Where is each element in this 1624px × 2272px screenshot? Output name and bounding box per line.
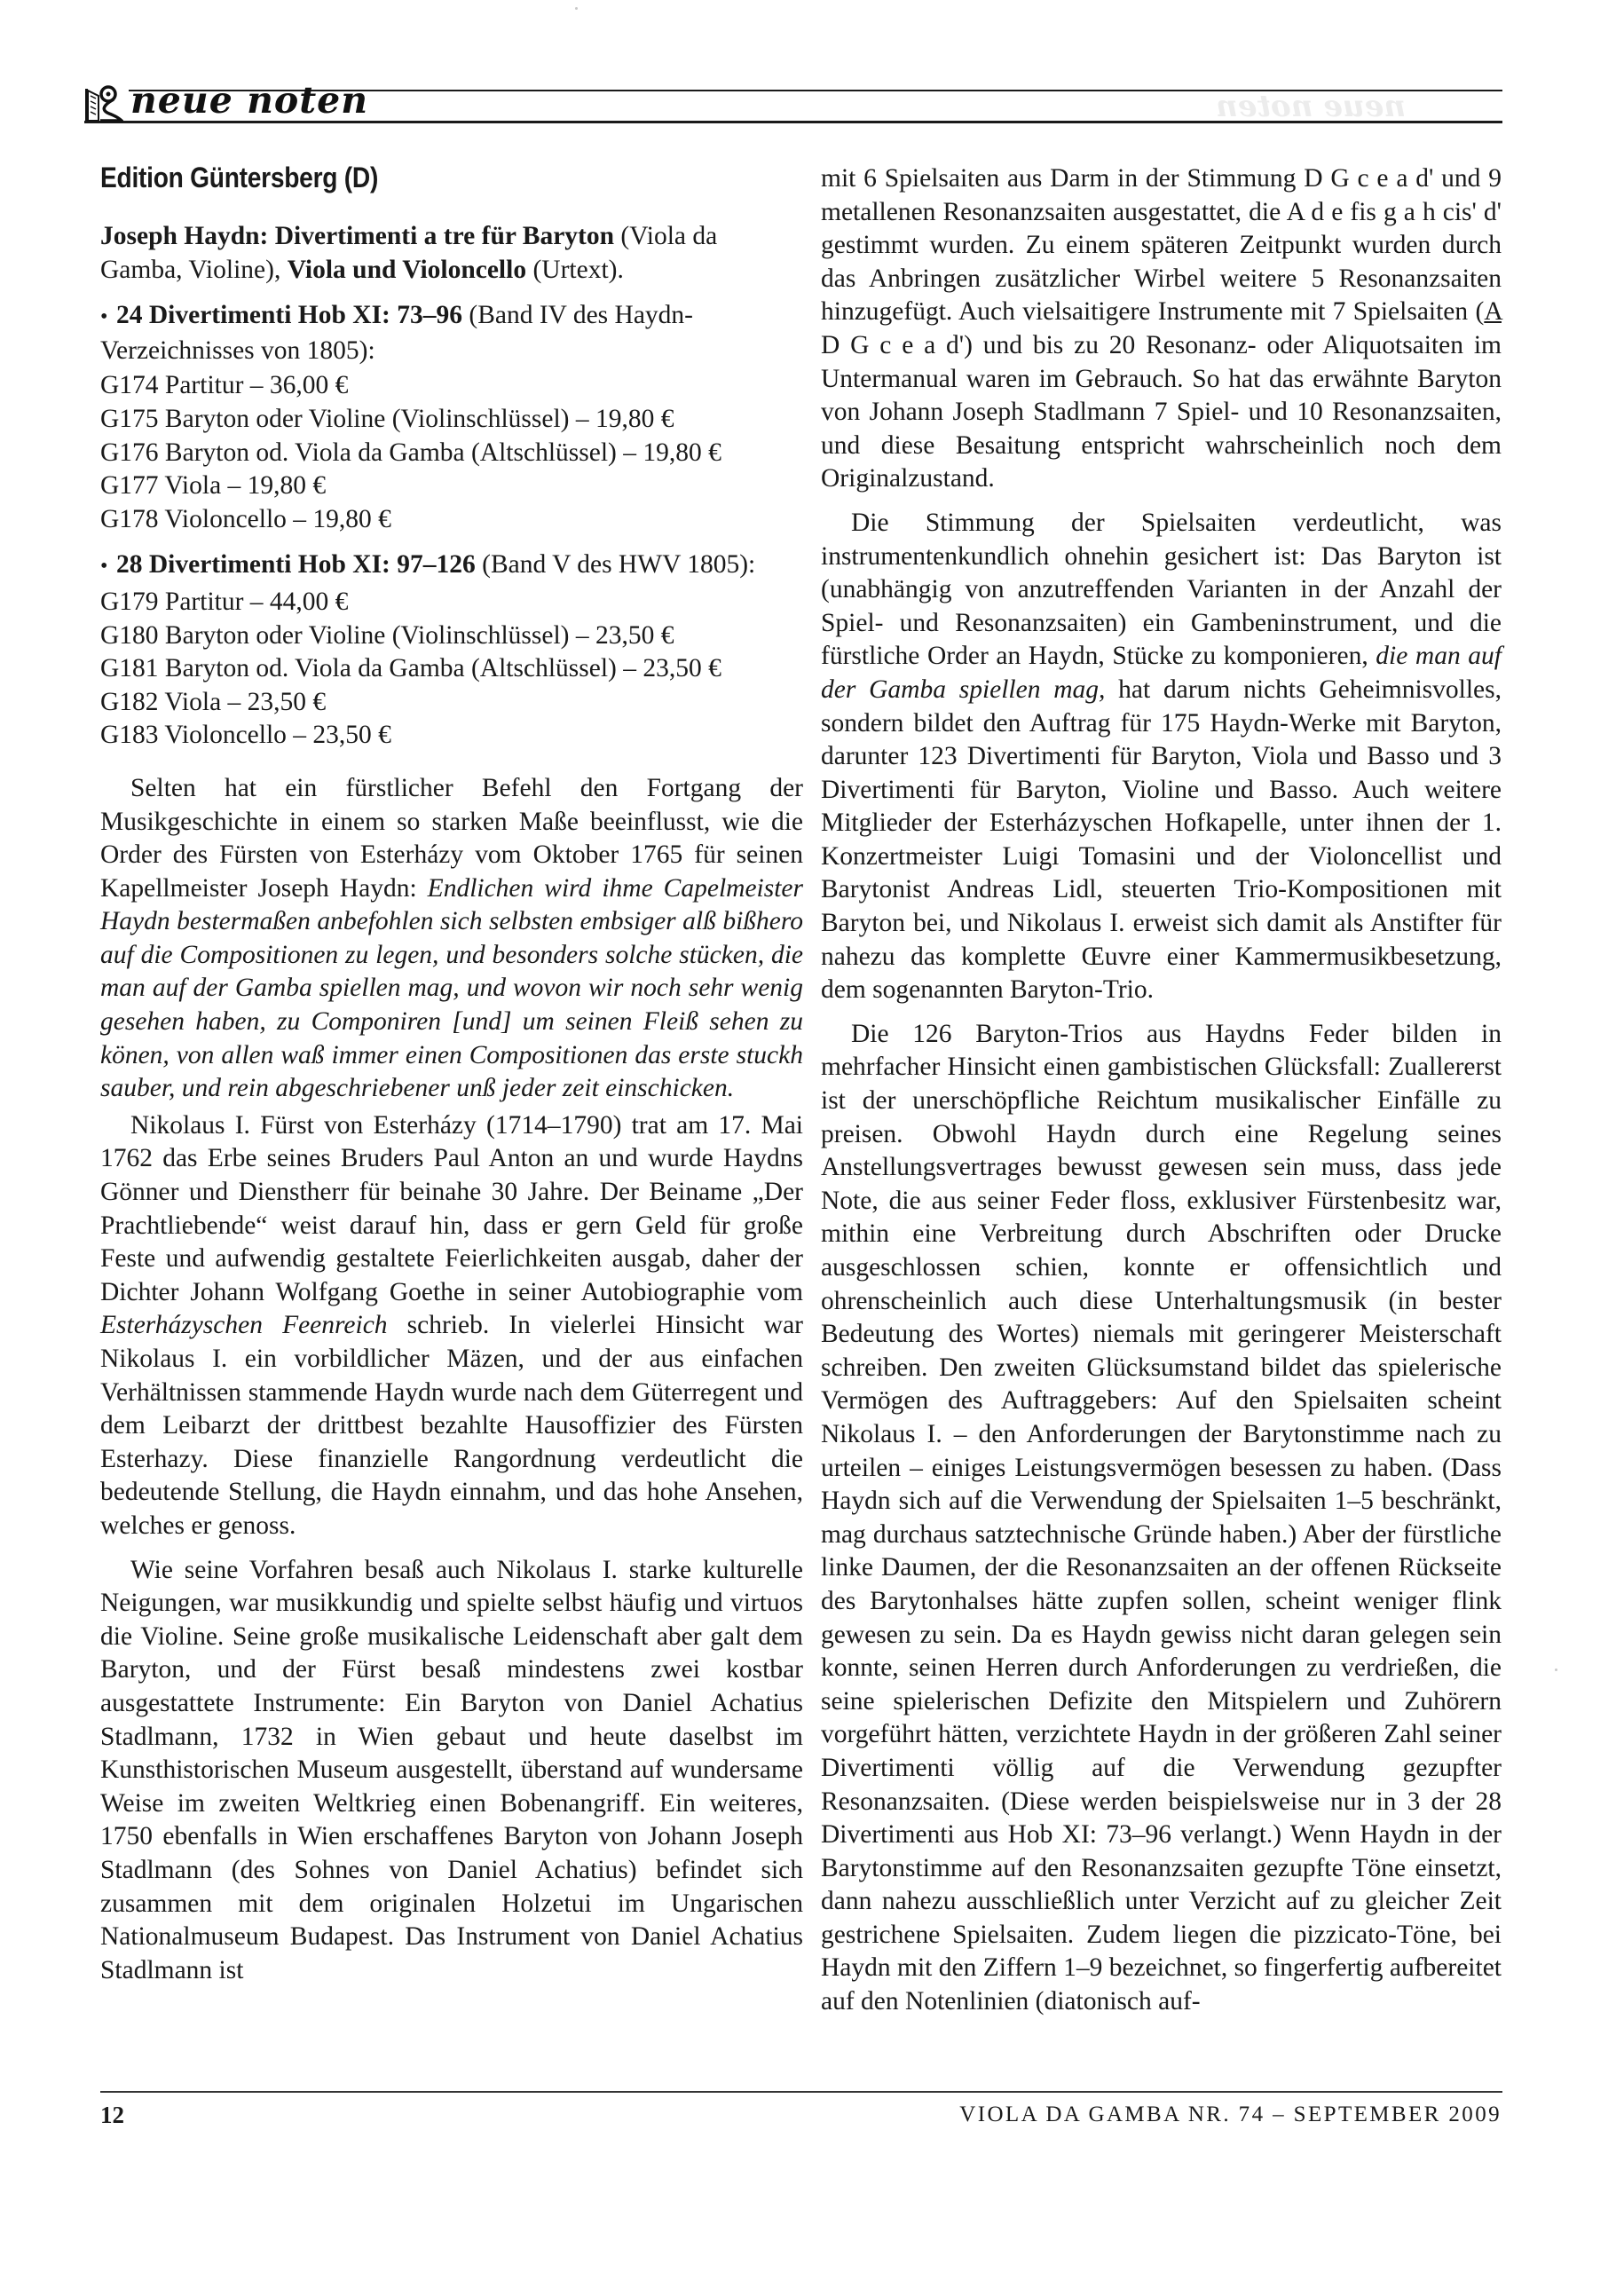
- page-number: 12: [100, 2100, 124, 2130]
- price-item: G177 Viola – 19,80 €: [100, 469, 803, 503]
- price-item: G183 Violoncello – 23,50 €: [100, 719, 803, 753]
- scan-speck: [1555, 1668, 1557, 1671]
- magazine-page: neue noten neue noten Edition Güntersber…: [0, 0, 1624, 2272]
- underlined-note: A: [1484, 297, 1502, 326]
- section-masthead: neue noten: [84, 82, 1502, 124]
- price-item: G181 Baryton od. Viola da Gamba (Altschl…: [100, 652, 803, 686]
- paragraph-text: D G c e a d') und bis zu 20 Resonanz- od…: [821, 331, 1502, 493]
- historical-quote: Endlichen wird ihme Capelmeister Haydn b…: [100, 874, 803, 1103]
- series-title: 28 Divertimenti Hob XI: 97–126: [116, 550, 476, 579]
- right-column: mit 6 Spielsaiten aus Darm in der Stimmu…: [821, 162, 1502, 2030]
- scan-speck: [575, 7, 578, 10]
- paragraph-text: Nikolaus I. Fürst von Esterházy (1714–17…: [100, 1111, 803, 1306]
- article-paragraph: Die 126 Baryton-Trios aus Haydns Feder b…: [821, 1018, 1502, 2019]
- series-block: •24 Divertimenti Hob XI: 73–96 (Band IV …: [100, 299, 803, 367]
- quoted-phrase: Esterházyschen Feenreich: [100, 1311, 388, 1339]
- price-list: G174 Partitur – 36,00 € G175 Baryton ode…: [100, 369, 803, 536]
- price-item: G178 Violoncello – 19,80 €: [100, 503, 803, 537]
- work-title: Joseph Haydn: Divertimenti a tre für Bar…: [100, 220, 803, 287]
- footer-rule: [100, 2091, 1502, 2093]
- article-paragraph: Selten hat ein fürstlicher Befehl den Fo…: [100, 772, 803, 1106]
- paragraph-text: mit 6 Spielsaiten aus Darm in der Stimmu…: [821, 164, 1502, 326]
- price-item: G182 Viola – 23,50 €: [100, 686, 803, 720]
- article-paragraph: Wie seine Vorfahren besaß auch Nikolaus …: [100, 1554, 803, 1988]
- series-description: (Band V des HWV 1805):: [476, 550, 755, 579]
- publisher-heading: Edition Güntersberg (D): [100, 160, 719, 195]
- work-title-other-parts: Viola und Violoncello: [288, 256, 526, 284]
- bullet-icon: •: [100, 301, 116, 335]
- article-paragraph: mit 6 Spielsaiten aus Darm in der Stimmu…: [821, 162, 1502, 496]
- article-paragraph: Nikolaus I. Fürst von Esterházy (1714–17…: [100, 1109, 803, 1543]
- section-title: neue noten: [130, 79, 368, 122]
- price-item: G179 Partitur – 44,00 €: [100, 586, 803, 619]
- paragraph-text: schrieb. In vielerlei Hinsicht war Nikol…: [100, 1311, 803, 1540]
- price-item: G175 Baryton oder Violine (Violinschlüss…: [100, 403, 803, 437]
- price-list: G179 Partitur – 44,00 € G180 Baryton ode…: [100, 586, 803, 753]
- price-item: G174 Partitur – 36,00 €: [100, 369, 803, 403]
- series-title: 24 Divertimenti Hob XI: 73–96: [116, 301, 462, 329]
- journal-issue: VIOLA DA GAMBA NR. 74 – SEPTEMBER 2009: [959, 2100, 1502, 2130]
- viola-scroll-logo-icon: [84, 83, 123, 122]
- price-item: G176 Baryton od. Viola da Gamba (Altschl…: [100, 437, 803, 470]
- price-item: G180 Baryton oder Violine (Violinschlüss…: [100, 619, 803, 653]
- paragraph-text: hat darum nichts Geheimnisvolles, sonder…: [821, 675, 1502, 1004]
- series-block: •28 Divertimenti Hob XI: 97–126 (Band V …: [100, 548, 803, 584]
- work-title-composer: Joseph Haydn: Divertimenti a tre für Bar…: [100, 222, 614, 250]
- article-paragraph: Die Stimmung der Spielsaiten verdeutlich…: [821, 507, 1502, 1007]
- bullet-icon: •: [100, 550, 116, 584]
- work-title-edition-type: (Urtext).: [526, 256, 624, 284]
- left-column: Edition Güntersberg (D) Joseph Haydn: Di…: [100, 160, 803, 1998]
